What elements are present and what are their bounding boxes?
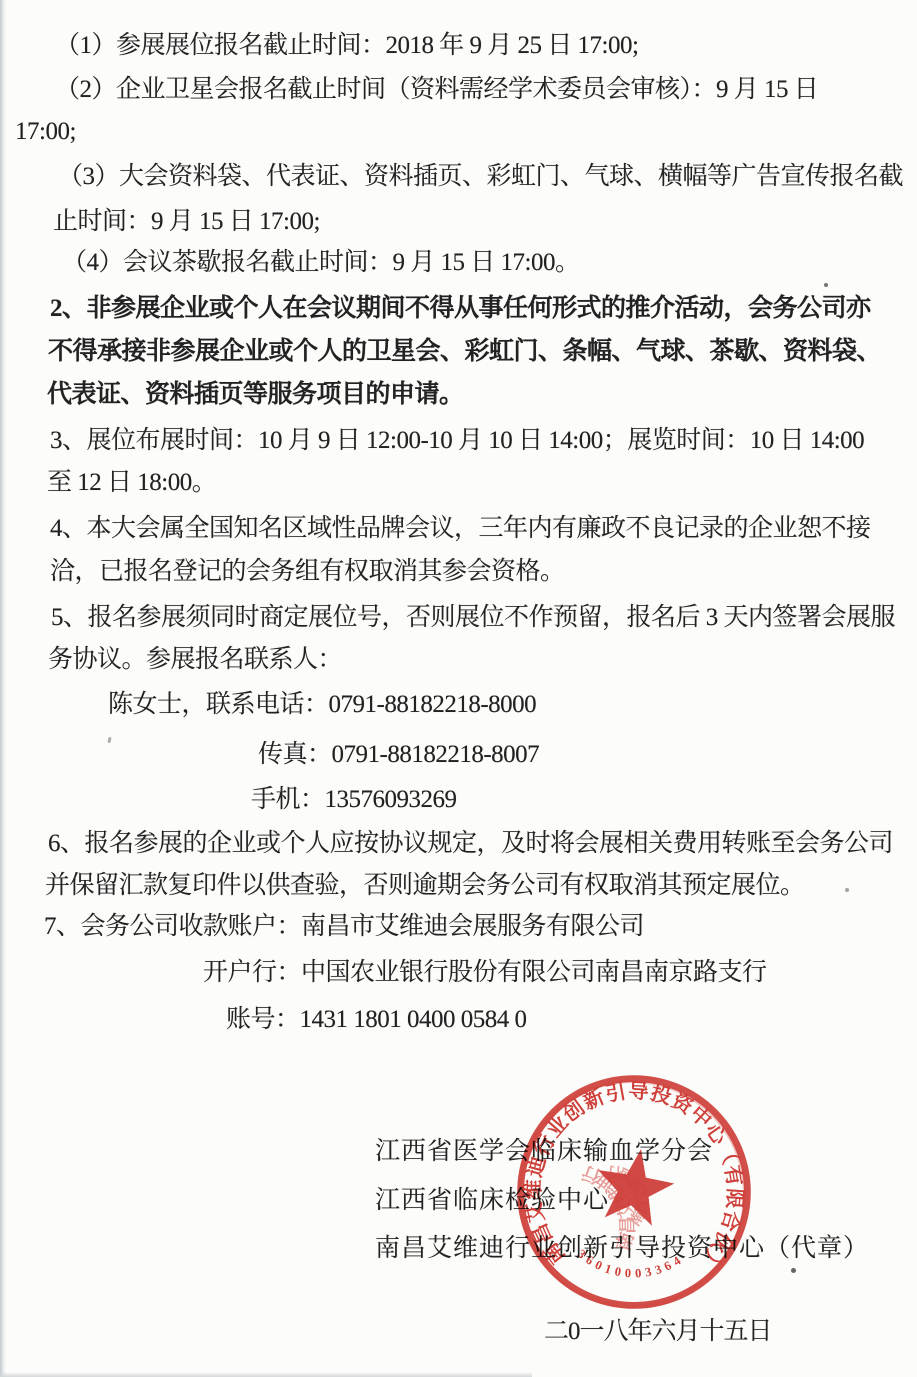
scan-speck xyxy=(845,888,849,892)
contact-mobile-line: 手机：13576093269 xyxy=(251,785,457,815)
deadline-satellite-line: （2）企业卫星会报名截止时间（资料需经学术委员会审核）：9 月 15 日 xyxy=(55,75,818,105)
deadline-booth-line: （1）参展展位报名截止时间：2018 年 9 月 25 日 17:00; xyxy=(55,31,638,61)
scanned-document-page: （1）参展展位报名截止时间：2018 年 9 月 25 日 17:00; （2）… xyxy=(0,0,917,1377)
scan-edge-artifact xyxy=(0,1372,532,1377)
rule7-account-line: 7、会务公司收款账户：南昌市艾维迪会展服务有限公司 xyxy=(44,912,644,942)
deadline-ads-cont-line: 止时间：9 月 15 日 17:00; xyxy=(53,207,320,237)
deadline-teabreak-line: （4）会议茶歇报名截止时间：9 月 15 日 17:00。 xyxy=(62,248,579,278)
rule5-line-2: 务协议。参展报名联系人： xyxy=(48,645,342,675)
signature-date: 二0一八年六月十五日 xyxy=(544,1317,772,1347)
account-number-line: 账号：1431 1801 0400 0584 0 xyxy=(226,1005,527,1035)
bank-branch-line: 开户行：中国农业银行股份有限公司南昌南京路支行 xyxy=(203,958,767,988)
rule2-line-3: 代表证、资料插页等服务项目的申请。 xyxy=(47,380,464,410)
rule6-line-1: 6、报名参展的企业或个人应按协议规定，及时将会展相关费用转账至会务公司 xyxy=(48,829,893,859)
rule2-line-1: 2、非参展企业或个人在会议期间不得从事任何形式的推介活动，会务公司亦 xyxy=(50,294,871,324)
scan-edge-artifact xyxy=(0,0,6,1377)
rule4-line-1: 4、本大会属全国知名区域性品牌会议，三年内有廉政不良记录的企业恕不接 xyxy=(50,514,871,544)
official-seal: 南昌艾维迪行业创新引导投资中心（有限合伙） 36010003364 南昌艾维迪行… xyxy=(508,1066,760,1318)
rule5-line-1: 5、报名参展须同时商定展位号，否则展位不作预留，报名后 3 天内签署会展服 xyxy=(51,603,895,633)
rule6-line-2: 并保留汇款复印件以供查验，否则逾期会务公司有权取消其预定展位。 xyxy=(45,871,805,901)
contact-phone-line: 陈女士，联系电话：0791-88182218-8000 xyxy=(108,690,536,720)
rule4-line-2: 洽，已报名登记的会务组有权取消其参会资格。 xyxy=(50,557,565,587)
scan-speck xyxy=(791,1268,796,1273)
scan-speck xyxy=(824,283,828,287)
deadline-ads-line: （3）大会资料袋、代表证、资料插页、彩虹门、气球、横幅等广告宣传报名截 xyxy=(58,162,903,192)
rule3-line-2: 至 12 日 18:00。 xyxy=(47,468,216,498)
rule3-line-1: 3、展位布展时间：10 月 9 日 12:00-10 月 10 日 14:00；… xyxy=(50,426,864,456)
deadline-satellite-cont-line: 17:00; xyxy=(15,117,76,147)
scan-speck xyxy=(107,737,111,744)
contact-fax-line: 传真：0791-88182218-8007 xyxy=(258,740,539,770)
rule2-line-2: 不得承接非参展企业或个人的卫星会、彩虹门、条幅、气球、茶歇、资料袋、 xyxy=(48,337,881,367)
